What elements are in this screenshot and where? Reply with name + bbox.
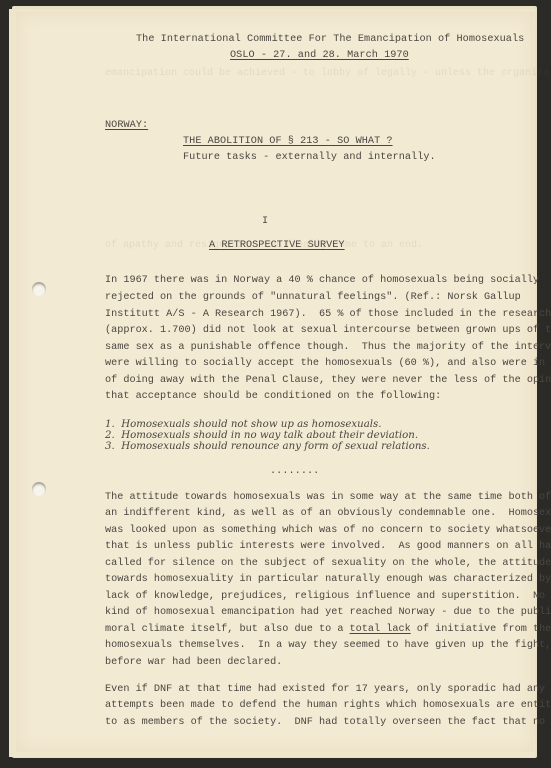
- paragraph-2-line: was looked upon as something which was o…: [105, 525, 551, 536]
- separator-dots: ........: [270, 466, 319, 477]
- paragraph-1-line: same sex as a punishable offence though.…: [105, 342, 551, 353]
- paragraph-3-line: Even if DNF at that time had existed for…: [105, 684, 545, 695]
- punch-hole-top: [32, 282, 46, 296]
- document-subtitle: Future tasks - externally and internally…: [183, 152, 436, 163]
- paragraph-2-line: an indifferent kind, as well as of an ob…: [105, 508, 551, 519]
- document-title: THE ABOLITION OF § 213 - SO WHAT ?: [183, 136, 393, 147]
- paragraph-2-line: before war had been declared.: [105, 657, 282, 668]
- condition-item: 2. Homosexuals should in no way talk abo…: [105, 430, 418, 441]
- organization-header: The International Committee For The Eman…: [136, 34, 524, 45]
- paragraph-2-line: lack of knowledge, prejudices, religious…: [105, 591, 551, 602]
- paragraph-2-line: that is unless public interests were inv…: [105, 541, 551, 552]
- condition-item: 3. Homosexuals should renounce any form …: [105, 441, 430, 452]
- condition-item: 1. Homosexuals should not show up as hom…: [105, 419, 382, 430]
- bleed-through-text: emancipation could be achieved - to lobb…: [105, 68, 551, 79]
- country-label: NORWAY:: [105, 120, 148, 131]
- paragraph-2-line: homosexuals themselves. In a way they se…: [105, 640, 551, 651]
- punch-hole-bottom: [32, 482, 46, 496]
- paragraph-1-line: of doing away with the Penal Clause, the…: [105, 375, 551, 386]
- paragraph-1-line: were willing to socially accept the homo…: [105, 358, 551, 369]
- paragraph-2-line: towards homosexuality in particular natu…: [105, 574, 551, 585]
- paragraph-1-line: Institutt A/S - A Research 1967). 65 % o…: [105, 309, 551, 320]
- location-date: OSLO - 27. and 28. March 1970: [230, 50, 409, 61]
- line-text: moral climate itself, but also due to a: [105, 624, 350, 635]
- paragraph-2-line: called for silence on the subject of sex…: [105, 558, 551, 569]
- paragraph-3-line: attempts been made to defend the human r…: [105, 700, 551, 711]
- paragraph-2-line: moral climate itself, but also due to a …: [105, 624, 551, 635]
- emphasized-text: total lack: [350, 624, 411, 635]
- line-text: of initiative from the: [411, 624, 551, 635]
- paragraph-1-line: that acceptance should be conditioned on…: [105, 391, 441, 402]
- section-number: I: [262, 216, 268, 227]
- paragraph-1-line: In 1967 there was in Norway a 40 % chanc…: [105, 275, 539, 286]
- paragraph-2-line: kind of homosexual emancipation had yet …: [105, 607, 551, 618]
- section-title: A RETROSPECTIVE SURVEY: [209, 240, 345, 251]
- paragraph-2-line: The attitude towards homosexuals was in …: [105, 492, 551, 503]
- paragraph-3-line: to as members of the society. DNF had to…: [105, 717, 545, 728]
- paragraph-1-line: (approx. 1.700) did not look at sexual i…: [105, 325, 551, 336]
- paragraph-1-line: rejected on the grounds of "unnatural fe…: [105, 292, 521, 303]
